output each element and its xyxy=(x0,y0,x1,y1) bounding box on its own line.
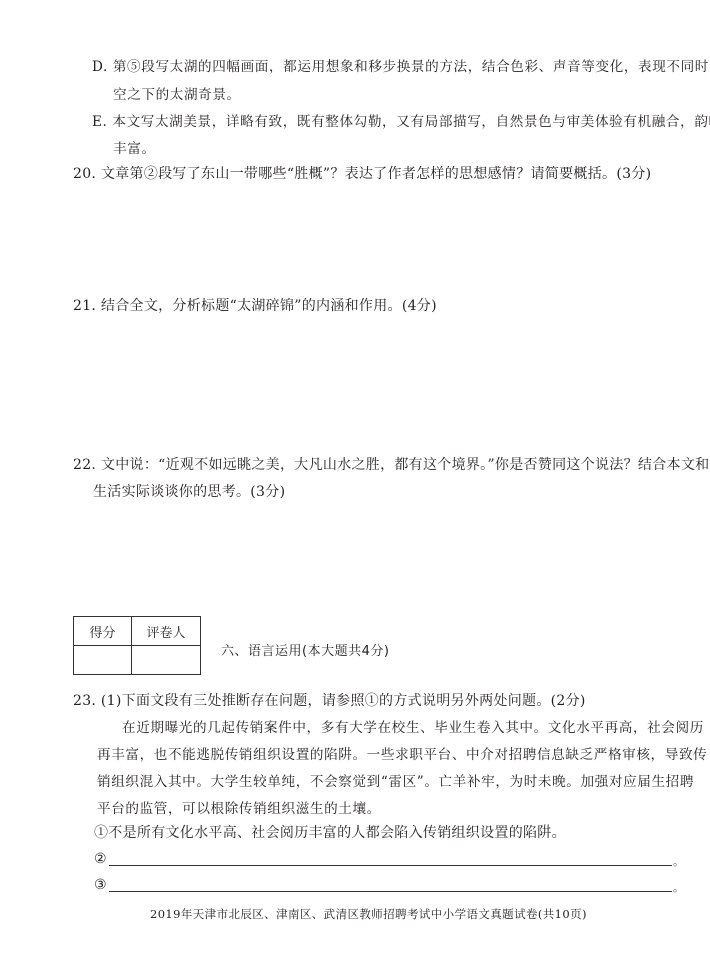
answer-2-marker: ② xyxy=(94,849,107,869)
option-e-line-2: 丰富。 xyxy=(113,139,156,159)
question-22-line-1: 22. 文中说：“近观不如远眺之美，大凡山水之胜，都有这个境界。”你是否赞同这个… xyxy=(73,455,709,475)
answer-1: ①不是所有文化水平高、社会阅历丰富的人都会陷入传销组织设置的陷阱。 xyxy=(94,823,566,843)
grader-cell[interactable] xyxy=(132,646,201,675)
question-21: 21. 结合全文，分析标题“太湖碎锦”的内涵和作用。(4分) xyxy=(73,296,437,316)
score-header: 得分 xyxy=(74,617,132,646)
score-cell[interactable] xyxy=(74,646,132,675)
option-label: E. xyxy=(92,114,107,130)
answer-2-end: 。 xyxy=(673,853,684,869)
option-d-line-2: 空之下的太湖奇景。 xyxy=(113,85,241,105)
section-title: 六、语言运用(本大题共4分) xyxy=(221,640,389,659)
option-d-line-1: D. 第⑤段写太湖的四幅画面，都运用想象和移步换景的方法，结合色彩、声音等变化，… xyxy=(92,57,709,77)
score-table: 得分 评卷人 xyxy=(73,616,201,675)
passage-line-2: 再丰富，也不能逃脱传销组织设置的陷阱。一些求职平台、中介对招聘信息缺乏严格审核，… xyxy=(97,745,707,765)
question-20: 20. 文章第②段写了东山一带哪些“胜概”？表达了作者怎样的思想感情？请简要概括… xyxy=(73,164,651,184)
option-e-line-1: E. 本文写太湖美景，详略有致，既有整体勾勒，又有局部描写，自然景色与审美体验有… xyxy=(92,112,710,132)
passage-line-3: 销组织混入其中。大学生较单纯，不会察觉到“雷区”。亡羊补牢，为时未晚。加强对应届… xyxy=(97,772,694,792)
grader-header: 评卷人 xyxy=(132,617,201,646)
answer-2-blank[interactable] xyxy=(109,865,672,866)
question-22-line-2: 生活实际谈谈你的思考。(3分) xyxy=(93,482,285,502)
option-label: D. xyxy=(92,59,108,75)
answer-3-end: 。 xyxy=(673,879,684,895)
question-23-prompt: 23. (1)下面文段有三处推断存在问题，请参照①的方式说明另外两处问题。(2分… xyxy=(73,691,586,711)
page-footer: 2019年天津市北辰区、津南区、武清区教师招聘考试中小学语文真题试卷(共10页) xyxy=(150,906,587,922)
option-text: 第⑤段写太湖的四幅画面，都运用想象和移步换景的方法，结合色彩、声音等变化，表现不… xyxy=(113,59,709,75)
passage-line-1: 在近期曝光的几起传销案件中，多有大学在校生、毕业生卷入其中。文化水平再高，社会阅… xyxy=(122,718,704,738)
answer-3-marker: ③ xyxy=(94,875,107,895)
passage-line-4: 平台的监管，可以根除传销组织滋生的土壤。 xyxy=(97,799,381,819)
option-text: 本文写太湖美景，详略有致，既有整体勾勒，又有局部描写，自然景色与审美体验有机融合… xyxy=(112,114,710,130)
answer-3-blank[interactable] xyxy=(109,891,672,892)
